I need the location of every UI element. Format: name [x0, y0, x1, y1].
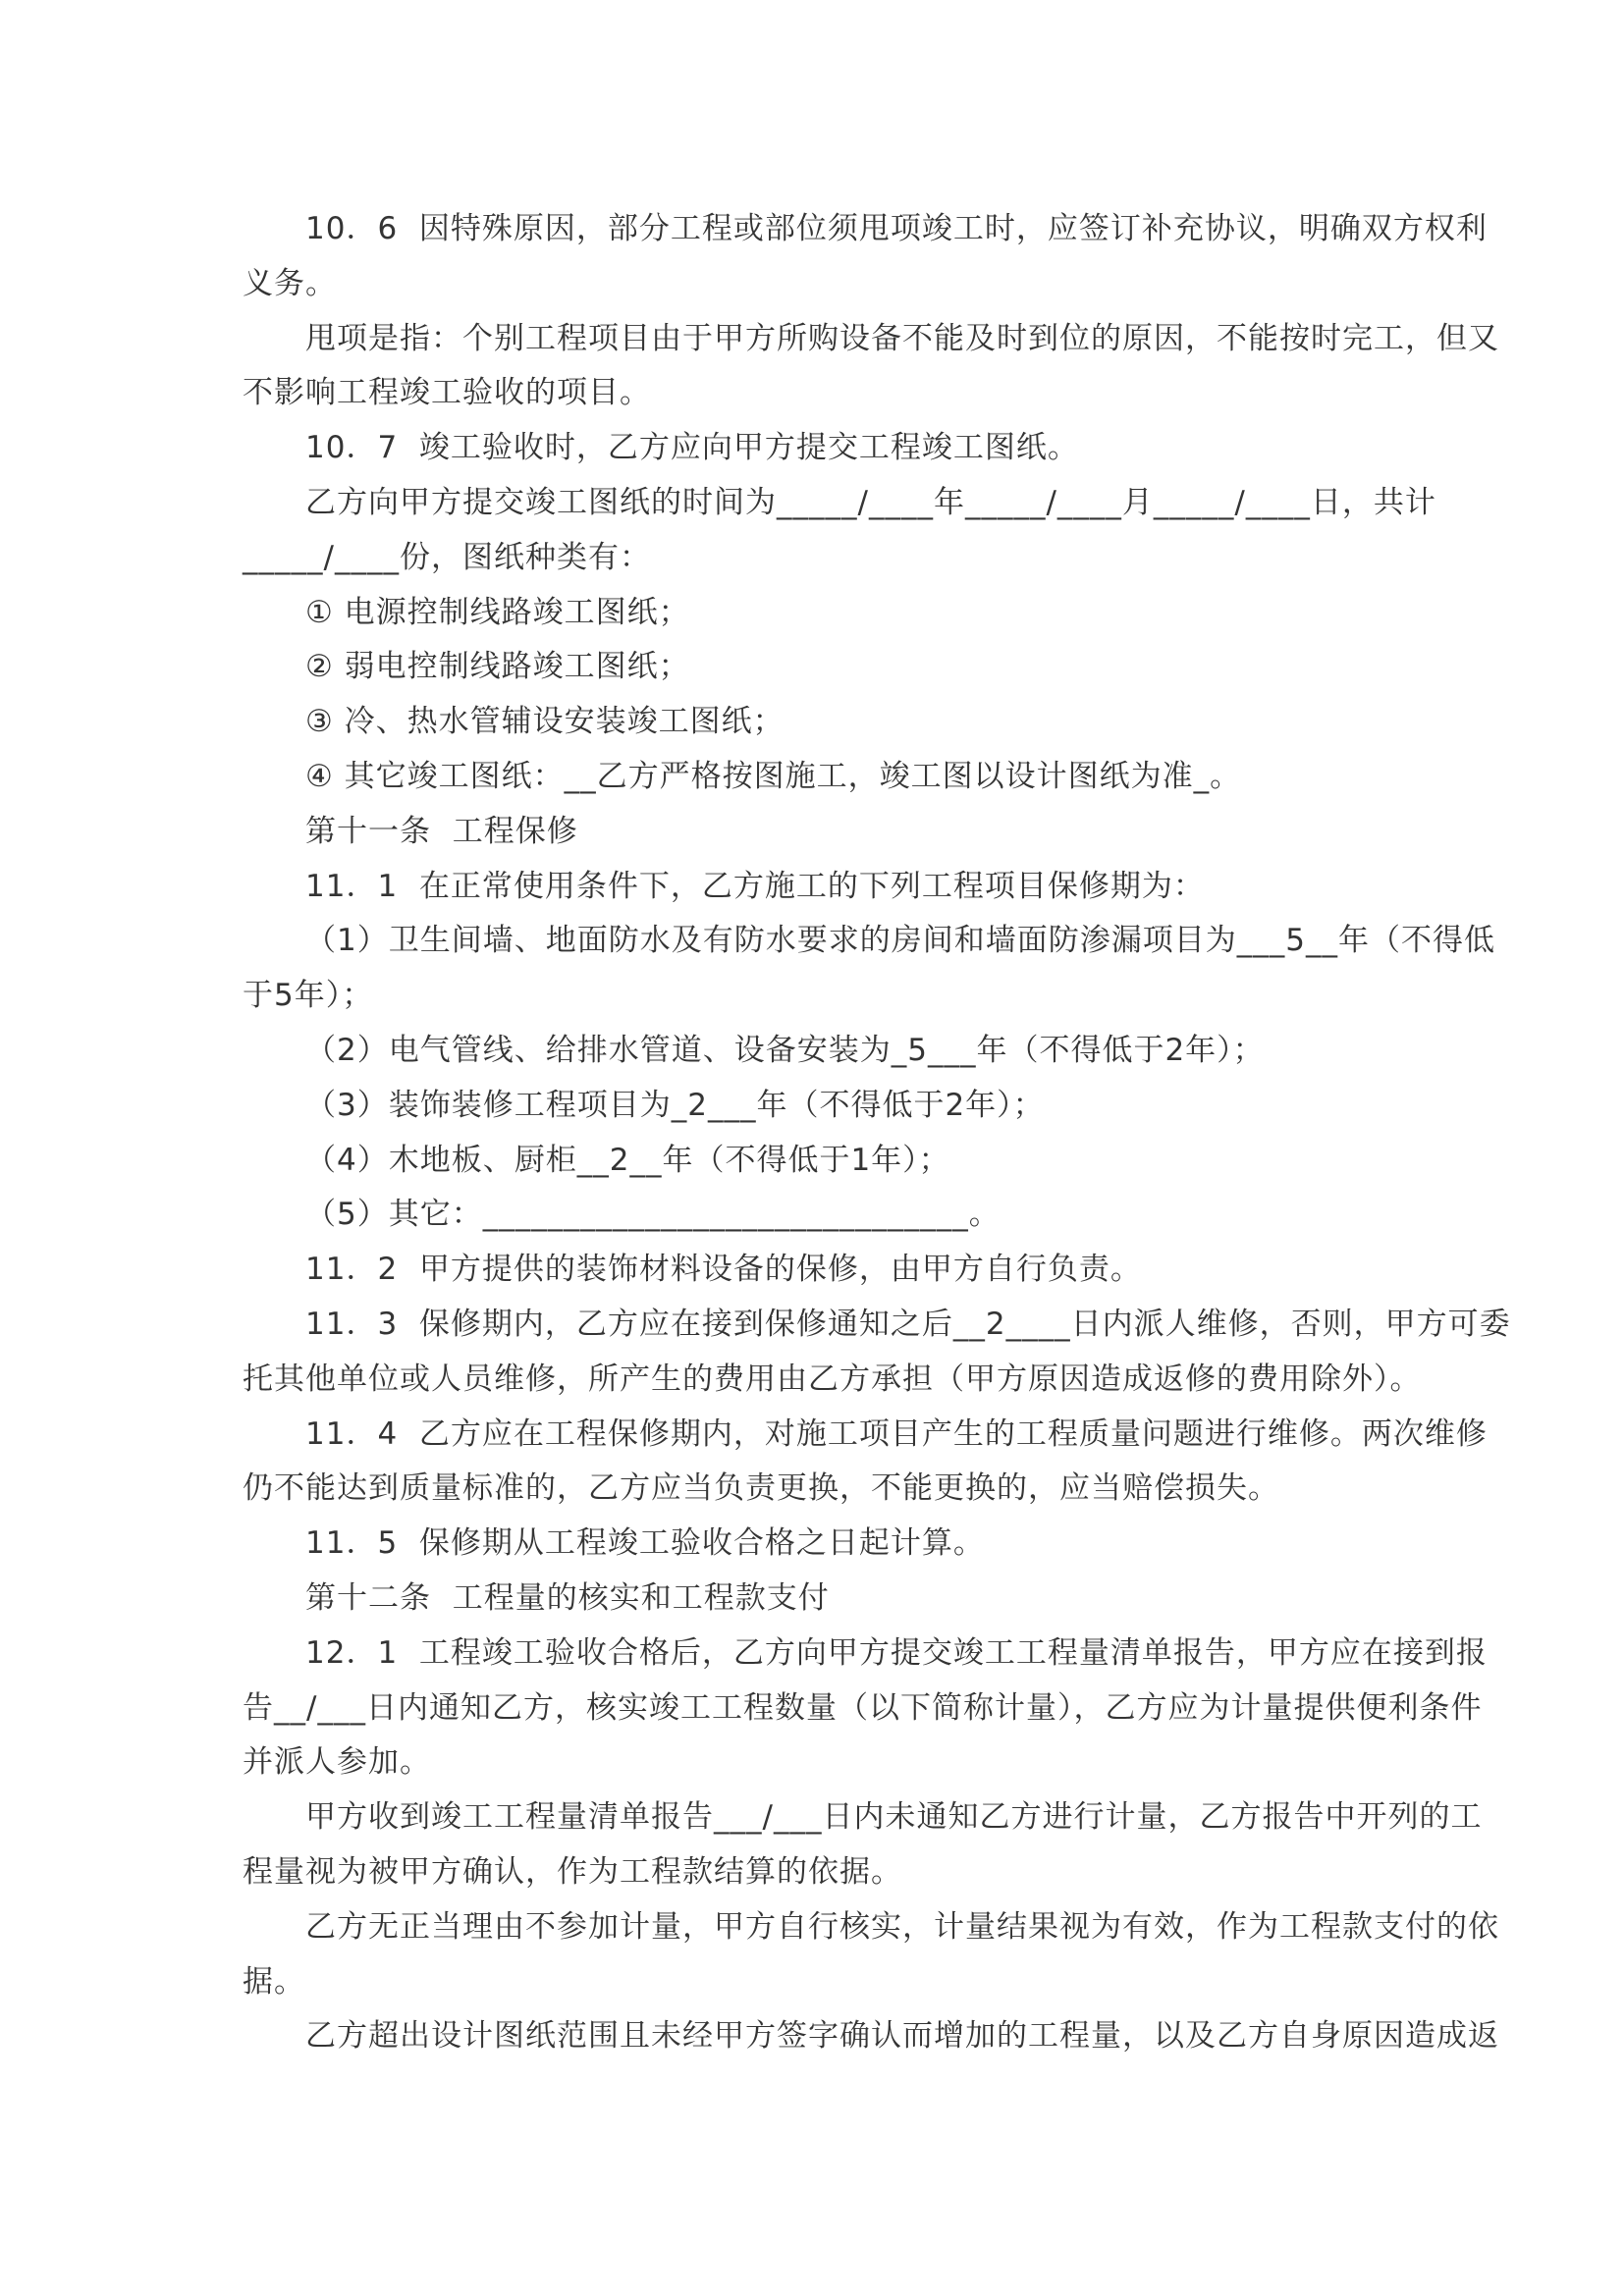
warranty-item-4-line: （4）木地板、厨柜__2__年（不得低于1年）； [243, 1134, 1440, 1189]
clause-11-4-continuation: 仍不能达到质量标准的，乙方应当负责更换，不能更换的，应当赔偿损失。 [243, 1462, 1440, 1517]
measurement-notice-continuation: 程量视为被甲方确认，作为工程款结算的依据。 [243, 1845, 1440, 1900]
shuaixiang-definition-line: 甩项是指：个别工程项目由于甲方所购设备不能及时到位的原因，不能按时完工，但又 [243, 312, 1440, 367]
warranty-item-1-continuation: 于5年）； [243, 969, 1440, 1024]
warranty-item-2-line: （2）电气管线、给排水管道、设备安装为_5___年（不得低于2年）； [243, 1024, 1440, 1079]
measurement-notice-line: 甲方收到竣工工程量清单报告___/___日内未通知乙方进行计量，乙方报告中开列的… [243, 1790, 1440, 1845]
warranty-item-1-line: （1）卫生间墙、地面防水及有防水要求的房间和墙面防渗漏项目为___5__年（不得… [243, 914, 1440, 969]
drawing-submission-time-line: 乙方向甲方提交竣工图纸的时间为_____/____年_____/____月___… [243, 476, 1440, 531]
clause-10-7-line: 10．7 竣工验收时，乙方应向甲方提交工程竣工图纸。 [243, 421, 1440, 476]
contract-text-block: 10．6 因特殊原因，部分工程或部位须甩项竣工时，应签订补充协议，明确双方权利 … [243, 202, 1440, 2064]
extra-work-line: 乙方超出设计图纸范围且未经甲方签字确认而增加的工程量，以及乙方自身原因造成返 [243, 2009, 1440, 2064]
clause-12-1-continuation-2: 并派人参加。 [243, 1735, 1440, 1790]
drawing-copies-line: _____/____份，图纸种类有： [243, 531, 1440, 586]
clause-12-1-continuation-1: 告__/___日内通知乙方，核实竣工工程数量（以下简称计量），乙方应为计量提供便… [243, 1682, 1440, 1736]
warranty-item-5-line: （5）其它：______________________________。 [243, 1188, 1440, 1243]
drawing-type-item-2: ② 弱电控制线路竣工图纸； [243, 640, 1440, 695]
clause-10-6-continuation: 义务。 [243, 257, 1440, 312]
clause-10-6-line: 10．6 因特殊原因，部分工程或部位须甩项竣工时，应签订补充协议，明确双方权利 [243, 202, 1440, 257]
shuaixiang-definition-continuation: 不影响工程竣工验收的项目。 [243, 366, 1440, 421]
warranty-item-3-line: （3）装饰装修工程项目为_2___年（不得低于2年）； [243, 1079, 1440, 1134]
article-12-heading: 第十二条 工程量的核实和工程款支付 [243, 1572, 1440, 1627]
clause-11-3-line: 11．3 保修期内，乙方应在接到保修通知之后__2____日内派人维修，否则，甲… [243, 1298, 1440, 1353]
clause-11-2-line: 11．2 甲方提供的装饰材料设备的保修，由甲方自行负责。 [243, 1243, 1440, 1298]
clause-11-3-continuation: 托其他单位或人员维修，所产生的费用由乙方承担（甲方原因造成返修的费用除外）。 [243, 1353, 1440, 1408]
drawing-type-item-4: ④ 其它竣工图纸：__乙方严格按图施工，竣工图以设计图纸为准_。 [243, 750, 1440, 805]
measurement-absence-continuation: 据。 [243, 1955, 1440, 2010]
clause-11-1-line: 11．1 在正常使用条件下，乙方施工的下列工程项目保修期为： [243, 860, 1440, 915]
article-11-heading: 第十一条 工程保修 [243, 805, 1440, 860]
clause-11-4-line: 11．4 乙方应在工程保修期内，对施工项目产生的工程质量问题进行维修。两次维修 [243, 1408, 1440, 1463]
clause-12-1-line: 12．1 工程竣工验收合格后，乙方向甲方提交竣工工程量清单报告，甲方应在接到报 [243, 1627, 1440, 1682]
clause-11-5-line: 11．5 保修期从工程竣工验收合格之日起计算。 [243, 1517, 1440, 1572]
drawing-type-item-1: ① 电源控制线路竣工图纸； [243, 586, 1440, 641]
contract-page: 10．6 因特殊原因，部分工程或部位须甩项竣工时，应签订补充协议，明确双方权利 … [0, 0, 1624, 2296]
drawing-type-item-3: ③ 冷、热水管辅设安装竣工图纸； [243, 695, 1440, 750]
measurement-absence-line: 乙方无正当理由不参加计量，甲方自行核实，计量结果视为有效，作为工程款支付的依 [243, 1900, 1440, 1955]
